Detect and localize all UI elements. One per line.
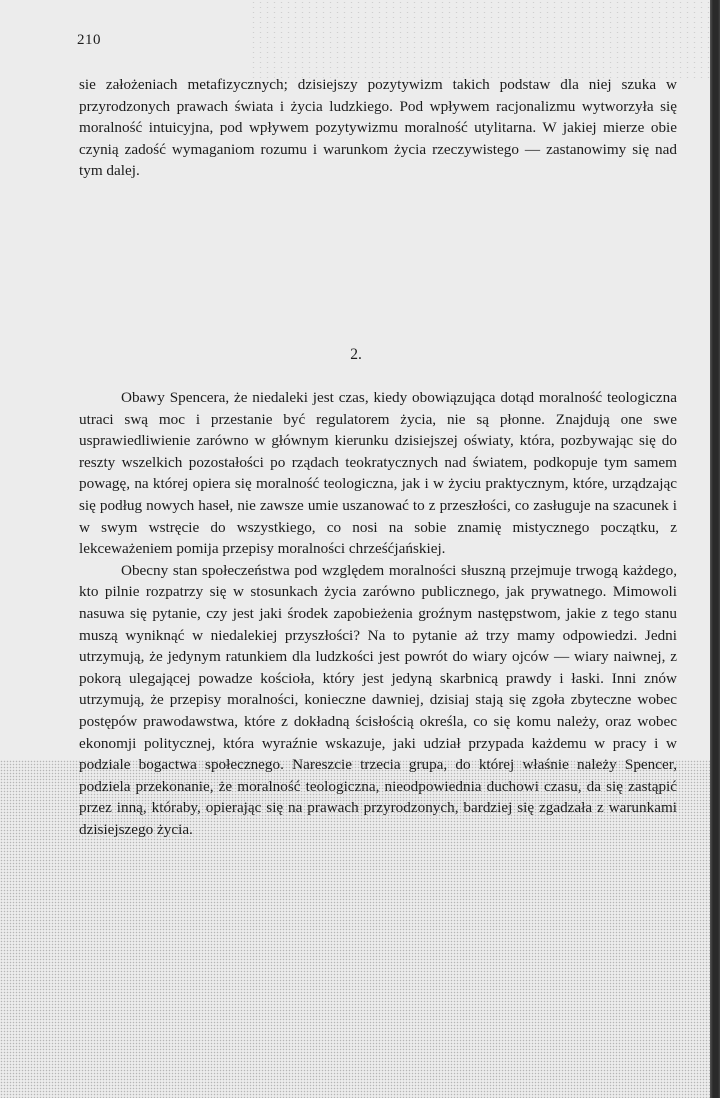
section-body: Obawy Spencera, że niedaleki jest czas, … [79,387,677,840]
paragraph: Obecny stan społeczeństwa pod względem m… [79,560,677,841]
opening-paragraph-block: sie założeniach metafizycznych; dzisiejs… [79,74,677,182]
paragraph: Obawy Spencera, że niedaleki jest czas, … [79,387,677,560]
paragraph: sie założeniach metafizycznych; dzisiejs… [79,74,677,182]
book-page: 210 sie założeniach metafizycznych; dzis… [0,0,712,1098]
paper-noise-top [250,0,710,80]
section-heading-number: 2. [0,346,712,364]
page-number: 210 [77,32,101,49]
page-edge-shadow [710,0,720,1098]
